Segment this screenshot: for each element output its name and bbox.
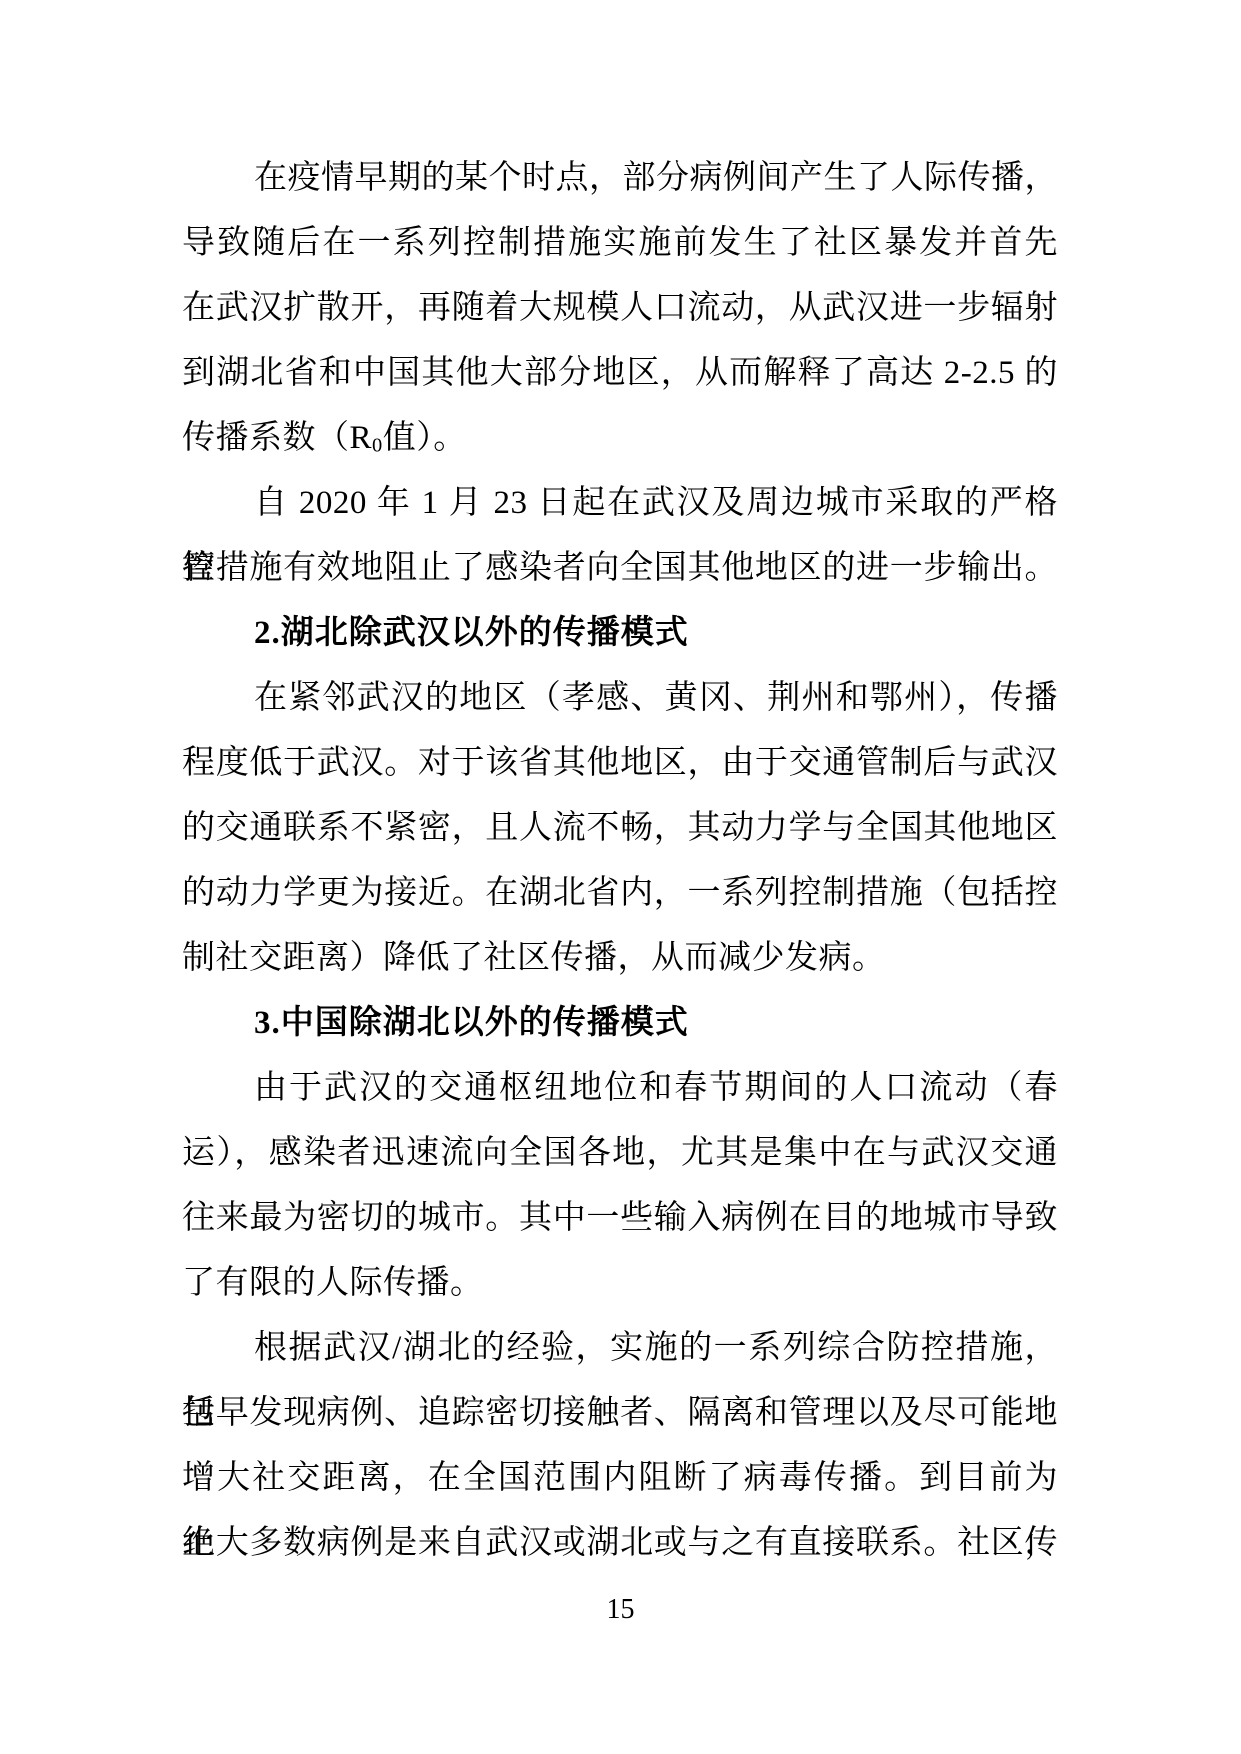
p4-line-2: 运），感染者迅速流向全国各地，尤其是集中在与武汉交通 — [182, 1121, 1058, 1186]
document-page: 在疫情早期的某个时点，部分病例间产生了人际传播， 导致随后在一系列控制措施实施前… — [0, 0, 1241, 1754]
p3-line-5: 制社交距离）降低了社区传播，从而减少发病。 — [182, 926, 1058, 991]
r0-text-post: 值）。 — [383, 420, 467, 456]
p1-line-2: 导致随后在一系列控制措施实施前发生了社区暴发并首先 — [182, 211, 1058, 276]
p4-line-3: 往来最为密切的城市。其中一些输入病例在目的地城市导致 — [182, 1186, 1058, 1251]
p2-line-1: 自 2020 年 1 月 23 日起在武汉及周边城市采取的严格管 — [182, 471, 1058, 536]
text-block: 在疫情早期的某个时点，部分病例间产生了人际传播， 导致随后在一系列控制措施实施前… — [182, 146, 1058, 1576]
p1-line-5: 传播系数（R0值）。 — [182, 406, 1058, 471]
p1-line-4: 到湖北省和中国其他大部分地区，从而解释了高达 2-2.5 的 — [182, 341, 1058, 406]
r0-subscript: 0 — [372, 435, 383, 457]
p5-line-1: 根据武汉/湖北的经验，实施的一系列综合防控措施，包 — [182, 1316, 1058, 1381]
p3-line-1: 在紧邻武汉的地区（孝感、黄冈、荆州和鄂州），传播 — [182, 666, 1058, 731]
p4-line-1: 由于武汉的交通枢纽地位和春节期间的人口流动（春 — [182, 1056, 1058, 1121]
r0-text-pre: 传播系数（R — [182, 420, 372, 456]
p4-line-4: 了有限的人际传播。 — [182, 1251, 1058, 1316]
section-heading-2: 2.湖北除武汉以外的传播模式 — [182, 601, 1058, 666]
p1-line-3: 在武汉扩散开，再随着大规模人口流动，从武汉进一步辐射 — [182, 276, 1058, 341]
p3-line-4: 的动力学更为接近。在湖北省内，一系列控制措施（包括控 — [182, 861, 1058, 926]
p2-line-2: 控措施有效地阻止了感染者向全国其他地区的进一步输出。 — [182, 536, 1058, 601]
section-heading-3: 3.中国除湖北以外的传播模式 — [182, 991, 1058, 1056]
p5-line-2: 括早发现病例、追踪密切接触者、隔离和管理以及尽可能地 — [182, 1381, 1058, 1446]
p5-line-3: 增大社交距离，在全国范围内阻断了病毒传播。到目前为止， — [182, 1446, 1058, 1511]
p3-line-2: 程度低于武汉。对于该省其他地区，由于交通管制后与武汉 — [182, 731, 1058, 796]
p3-line-3: 的交通联系不紧密，且人流不畅，其动力学与全国其他地区 — [182, 796, 1058, 861]
page-number: 15 — [0, 1592, 1241, 1628]
p5-line-4: 绝大多数病例是来自武汉或湖北或与之有直接联系。社区传 — [182, 1511, 1058, 1576]
p1-line-1: 在疫情早期的某个时点，部分病例间产生了人际传播， — [182, 146, 1058, 211]
